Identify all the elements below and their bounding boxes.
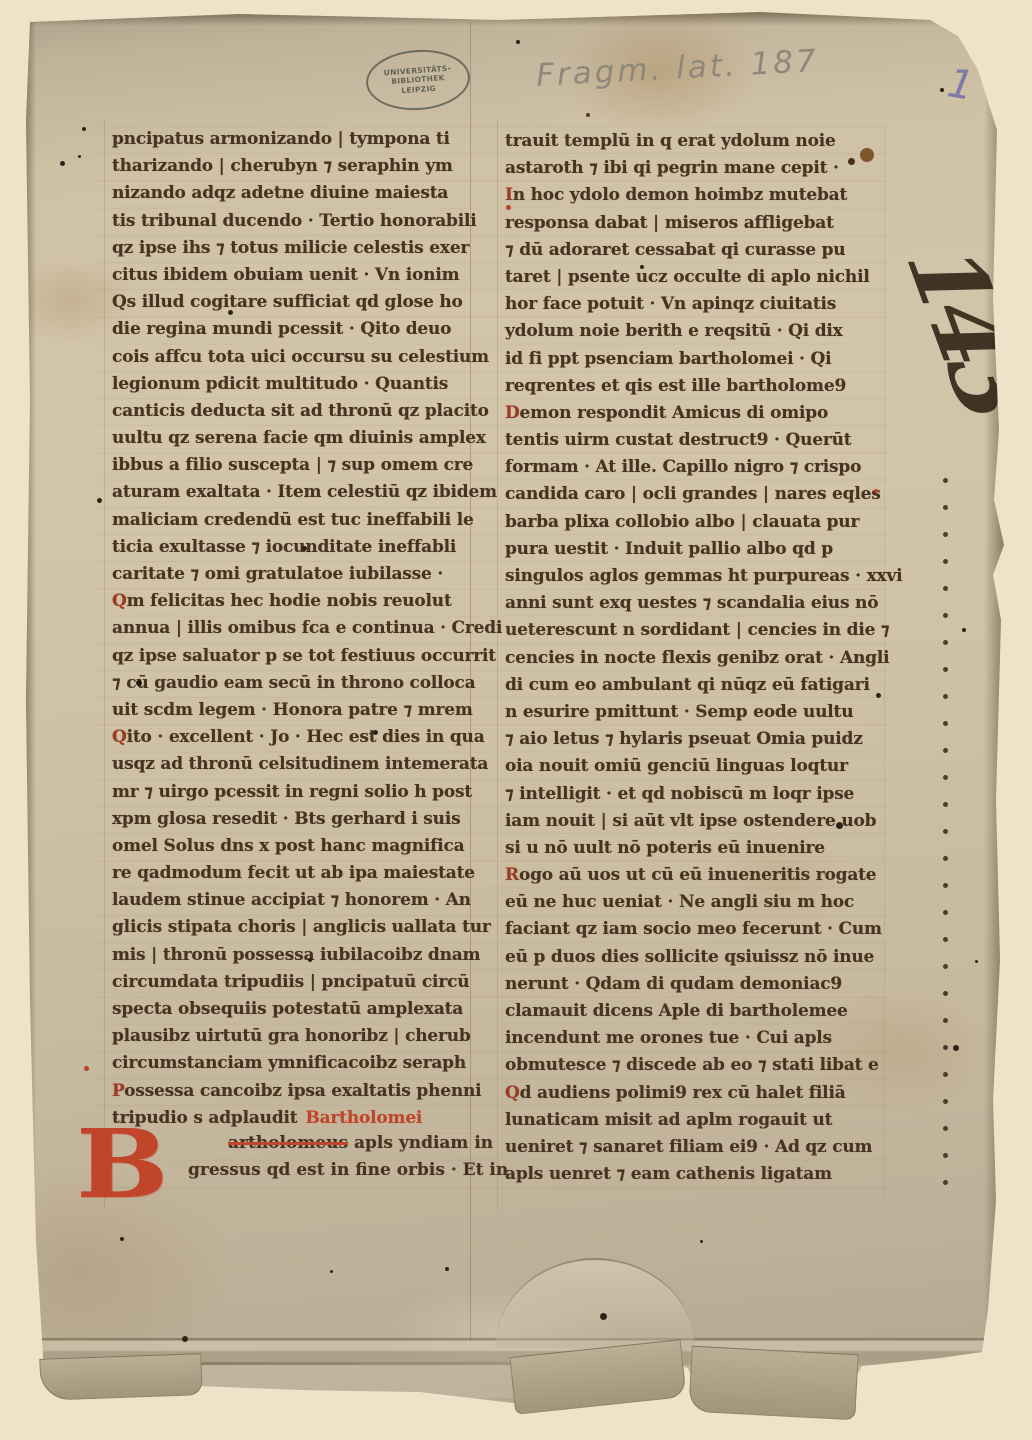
manuscript-line: nizando adqz adetne diuine maiesta (112, 180, 482, 207)
manuscript-line: eū ne huc ueniat · Ne angli siu m hoc (505, 889, 885, 916)
manuscript-line: annua | illis omibus fca e continua · Cr… (112, 615, 482, 642)
decorated-initial-b: B (76, 1122, 168, 1207)
pricking-hole (943, 667, 948, 672)
manuscript-line: oia nouit omiū genciū linguas loqtur (505, 753, 885, 780)
pricking-hole (943, 1072, 948, 1077)
manuscript-line: maliciam credendū est tuc ineffabili le (112, 507, 482, 534)
manuscript-line: artholomeus apls yndiam in (228, 1130, 488, 1157)
pricking-hole (943, 910, 948, 915)
manuscript-line: xpm glosa resedit · Bts gerhard i suis (112, 806, 482, 833)
manuscript-line: Possessa cancoibz ipsa exaltatis phenni (112, 1078, 482, 1105)
pricking-hole (943, 613, 948, 618)
pricking-hole (943, 478, 948, 483)
rubricated-initial: I (505, 185, 513, 205)
manuscript-line: qz ipse ihs ⁊ totus milicie celestis exe… (112, 235, 482, 262)
ink-spot (330, 1270, 333, 1273)
manuscript-line: tharizando | cherubyn ⁊ seraphin ym (112, 153, 482, 180)
pricking-hole (943, 532, 948, 537)
library-stamp: UNIVERSITÄTS- BIBLIOTHEK LEIPZIG (364, 46, 472, 113)
rubricated-initial: Q (112, 727, 127, 747)
pricking-hole (943, 802, 948, 807)
ink-spot (445, 1267, 449, 1271)
ink-spot (78, 155, 81, 158)
manuscript-line: formam · At ille. Capillo nigro ⁊ crispo (505, 454, 885, 481)
ink-spot (876, 693, 881, 698)
manuscript-line: Qm felicitas hec hodie nobis reuolut (112, 588, 482, 615)
pricking-hole (943, 1126, 948, 1131)
manuscript-line: obmutesce ⁊ discede ab eo ⁊ stati libat … (505, 1052, 885, 1079)
ink-spot (60, 161, 65, 166)
text-column-right: trauit templū in q erat ydolum noieastar… (505, 128, 885, 1188)
manuscript-line: circumstanciam ymnificacoibz seraph (112, 1050, 482, 1077)
manuscript-line: ueterescunt n sordidant | cencies in die… (505, 617, 885, 644)
ruling-vertical (497, 120, 498, 1210)
ink-spot (182, 1336, 188, 1342)
page-edge-top (26, 12, 986, 26)
manuscript-line: pura uestit · Induit pallio albo qd p (505, 536, 885, 563)
stamp-line: LEIPZIG (401, 84, 436, 96)
manuscript-line: Qito · excellent · Jo · Hec est dies in … (112, 724, 482, 751)
manuscript-line: singulos aglos gemmas ht purpureas · xxv… (505, 563, 885, 590)
manuscript-line: ⁊ cū gaudio eam secū in throno colloca (112, 670, 482, 697)
text-column-left: pncipatus armonizando | tympona tithariz… (112, 126, 482, 1132)
manuscript-line: n esurire pmittunt · Semp eode uultu (505, 699, 885, 726)
manuscript-line: legionum pdicit multitudo · Quantis (112, 371, 482, 398)
manuscript-line: Demon respondit Amicus di omipo (505, 400, 885, 427)
manuscript-line: usqz ad thronū celsitudinem intemerata (112, 751, 482, 778)
ink-spot (506, 205, 511, 210)
red-struck-word: artholomeus (228, 1133, 348, 1153)
manuscript-line: Qd audiens polimi9 rex cū halet filiā (505, 1080, 885, 1107)
manuscript-line: eū p duos dies sollicite qsiuissz nō inu… (505, 944, 885, 971)
pricking-hole (943, 1180, 948, 1185)
pricking-hole (943, 748, 948, 753)
manuscript-line: astaroth ⁊ ibi qi pegrin mane cepit · (505, 155, 885, 182)
pencil-folio-number: 1 (944, 60, 977, 110)
ink-spot (962, 628, 966, 632)
ruling-vertical (104, 120, 105, 1210)
manuscript-line: ibbus a filio suscepta | ⁊ sup omem cre (112, 452, 482, 479)
manuscript-line: di cum eo ambulant qi nūqz eū fatigari (505, 672, 885, 699)
manuscript-line: taret | psente ucz occulte di aplo nichi… (505, 264, 885, 291)
ink-spot (516, 40, 520, 44)
manuscript-line: barba plixa collobio albo | clauata pur (505, 509, 885, 536)
manuscript-line: incendunt me orones tue · Cui apls (505, 1025, 885, 1052)
rubricated-initial: Q (112, 591, 127, 611)
manuscript-line: ticia exultasse ⁊ iocunditate ineffabli (112, 534, 482, 561)
pricking-hole (943, 721, 948, 726)
pricking-hole (943, 937, 948, 942)
manuscript-line: ⁊ aio letus ⁊ hylaris pseuat Omia puidz (505, 726, 885, 753)
manuscript-line: ⁊ dū adoraret cessabat qi curasse pu (505, 237, 885, 264)
ink-spot (136, 680, 142, 686)
parchment-page: UNIVERSITÄTS- BIBLIOTHEK LEIPZIG Fragm. … (0, 0, 1032, 1440)
manuscript-line: tentis uirm custat destruct9 · Querūt (505, 427, 885, 454)
manuscript-line: glicis stipata choris | anglicis uallata… (112, 914, 482, 941)
pricking-hole (943, 775, 948, 780)
manuscript-line: canticis deducta sit ad thronū qz placit… (112, 398, 482, 425)
manuscript-line: ueniret ⁊ sanaret filiam ei9 · Ad qz cum (505, 1134, 885, 1161)
ink-spot (302, 546, 307, 551)
manuscript-line: caritate ⁊ omi gratulatoe iubilasse · (112, 561, 482, 588)
manuscript-line: mr ⁊ uirgo pcessit in regni solio h post (112, 779, 482, 806)
ink-spot (373, 730, 378, 735)
manuscript-line: pncipatus armonizando | tympona ti (112, 126, 482, 153)
ink-spot (860, 148, 874, 162)
manuscript-line: Rogo aū uos ut cū eū inueneritis rogate (505, 862, 885, 889)
pricking-hole (943, 1153, 948, 1158)
ink-spot (308, 958, 312, 962)
pricking-hole (943, 829, 948, 834)
rubricated-initial: Q (505, 1083, 520, 1103)
incipit-block: B artholomeus apls yndiam in gressus qd … (88, 1130, 488, 1220)
manuscript-line: si u nō uult nō poteris eū inuenire (505, 835, 885, 862)
manuscript-line: uultu qz serena facie qm diuinis amplex (112, 425, 482, 452)
pricking-hole (943, 1018, 948, 1023)
ink-spot (940, 88, 944, 92)
pricking-hole (943, 883, 948, 888)
manuscript-line: cois affcu tota uici occursu su celestiu… (112, 344, 482, 371)
tear-flap (39, 1353, 202, 1401)
manuscript-line: id fi ppt psenciam bartholomei · Qi (505, 346, 885, 373)
ink-spot (953, 1045, 959, 1051)
manuscript-line: anni sunt exq uestes ⁊ scandalia eius nō (505, 590, 885, 617)
manuscript-line: responsa dabat | miseros affligebat (505, 210, 885, 237)
pricking-hole (943, 856, 948, 861)
manuscript-photo: UNIVERSITÄTS- BIBLIOTHEK LEIPZIG Fragm. … (0, 0, 1032, 1440)
manuscript-line: laudem stinue accipiat ⁊ honorem · An (112, 887, 482, 914)
manuscript-line: mis | thronū possessa iubilacoibz dnam (112, 942, 482, 969)
rubricated-initial: R (505, 865, 519, 885)
pricking-hole (943, 640, 948, 645)
manuscript-line: circumdata tripudiis | pncipatuū circū (112, 969, 482, 996)
manuscript-line: lunaticam misit ad aplm rogauit ut (505, 1107, 885, 1134)
manuscript-line: uit scdm legem · Honora patre ⁊ mrem (112, 697, 482, 724)
ink-spot (975, 960, 978, 963)
manuscript-line: iam nouit | si aūt vlt ipse ostendere uo… (505, 808, 885, 835)
manuscript-line: apls uenret ⁊ eam cathenis ligatam (505, 1161, 885, 1188)
ink-spot (848, 158, 855, 165)
ink-spot (586, 113, 590, 117)
manuscript-line: die regina mundi pcessit · Qito deuo (112, 316, 482, 343)
ink-spot (874, 489, 878, 493)
manuscript-line: hor face potuit · Vn apinqz ciuitatis (505, 291, 885, 318)
ink-spot (640, 265, 644, 269)
manuscript-line: omel Solus dns x post hanc magnifica (112, 833, 482, 860)
ink-spot (228, 310, 233, 315)
manuscript-line: nerunt · Qdam di qudam demoniac9 (505, 971, 885, 998)
manuscript-line: specta obsequiis potestatū amplexata (112, 996, 482, 1023)
pricking-hole (943, 505, 948, 510)
fold-bump (495, 1258, 695, 1348)
tear-flap (688, 1346, 858, 1421)
pricking-hole (943, 1045, 948, 1050)
ink-spot (700, 1240, 703, 1243)
pencil-shelfmark: Fragm. lat. 187 (535, 42, 836, 94)
ink-spot (82, 127, 86, 131)
rubric-title: Bartholomei (297, 1108, 422, 1128)
ink-spot (836, 822, 843, 829)
ink-spot (84, 1066, 89, 1071)
ink-spot (97, 498, 102, 503)
pricking-hole (943, 694, 948, 699)
page-edge-left (26, 12, 36, 1402)
manuscript-line: gressus qd est in fine orbis · Et in (188, 1157, 488, 1184)
manuscript-line: ydolum noie berith e reqsitū · Qi dix (505, 318, 885, 345)
rubricated-initial: D (505, 403, 520, 423)
ink-spot (600, 1313, 607, 1320)
manuscript-line-rest: apls yndiam in (348, 1133, 493, 1153)
ink-spot (120, 1237, 124, 1241)
manuscript-line: In hoc ydolo demon hoimbz mutebat (505, 182, 885, 209)
rubricated-initial: P (112, 1081, 124, 1101)
manuscript-line: aturam exaltata · Item celestiū qz ibide… (112, 479, 482, 506)
pricking-hole (943, 559, 948, 564)
manuscript-line: candida caro | ocli grandes | nares eqle… (505, 481, 885, 508)
pricking-hole (943, 964, 948, 969)
manuscript-line: trauit templū in q erat ydolum noie (505, 128, 885, 155)
manuscript-line: faciant qz iam socio meo fecerunt · Cum (505, 916, 885, 943)
manuscript-line: Qs illud cogitare sufficiat qd glose ho (112, 289, 482, 316)
manuscript-line: cencies in nocte flexis genibz orat · An… (505, 645, 885, 672)
manuscript-line: qz ipse saluator p se tot festiuus occur… (112, 643, 482, 670)
pricking-hole (943, 1099, 948, 1104)
manuscript-line: plausibz uirtutū gra honoribz | cherub (112, 1023, 482, 1050)
manuscript-line: tis tribunal ducendo · Tertio honorabili (112, 208, 482, 235)
manuscript-line: re qadmodum fecit ut ab ipa maiestate (112, 860, 482, 887)
manuscript-line: reqrentes et qis est ille bartholome9 (505, 373, 885, 400)
pricking-hole (943, 586, 948, 591)
manuscript-line: ⁊ intelligit · et qd nobiscū m loqr ipse (505, 781, 885, 808)
pricking-hole (943, 991, 948, 996)
manuscript-line: citus ibidem obuiam uenit · Vn ionim (112, 262, 482, 289)
manuscript-line: clamauit dicens Aple di bartholemee (505, 998, 885, 1025)
